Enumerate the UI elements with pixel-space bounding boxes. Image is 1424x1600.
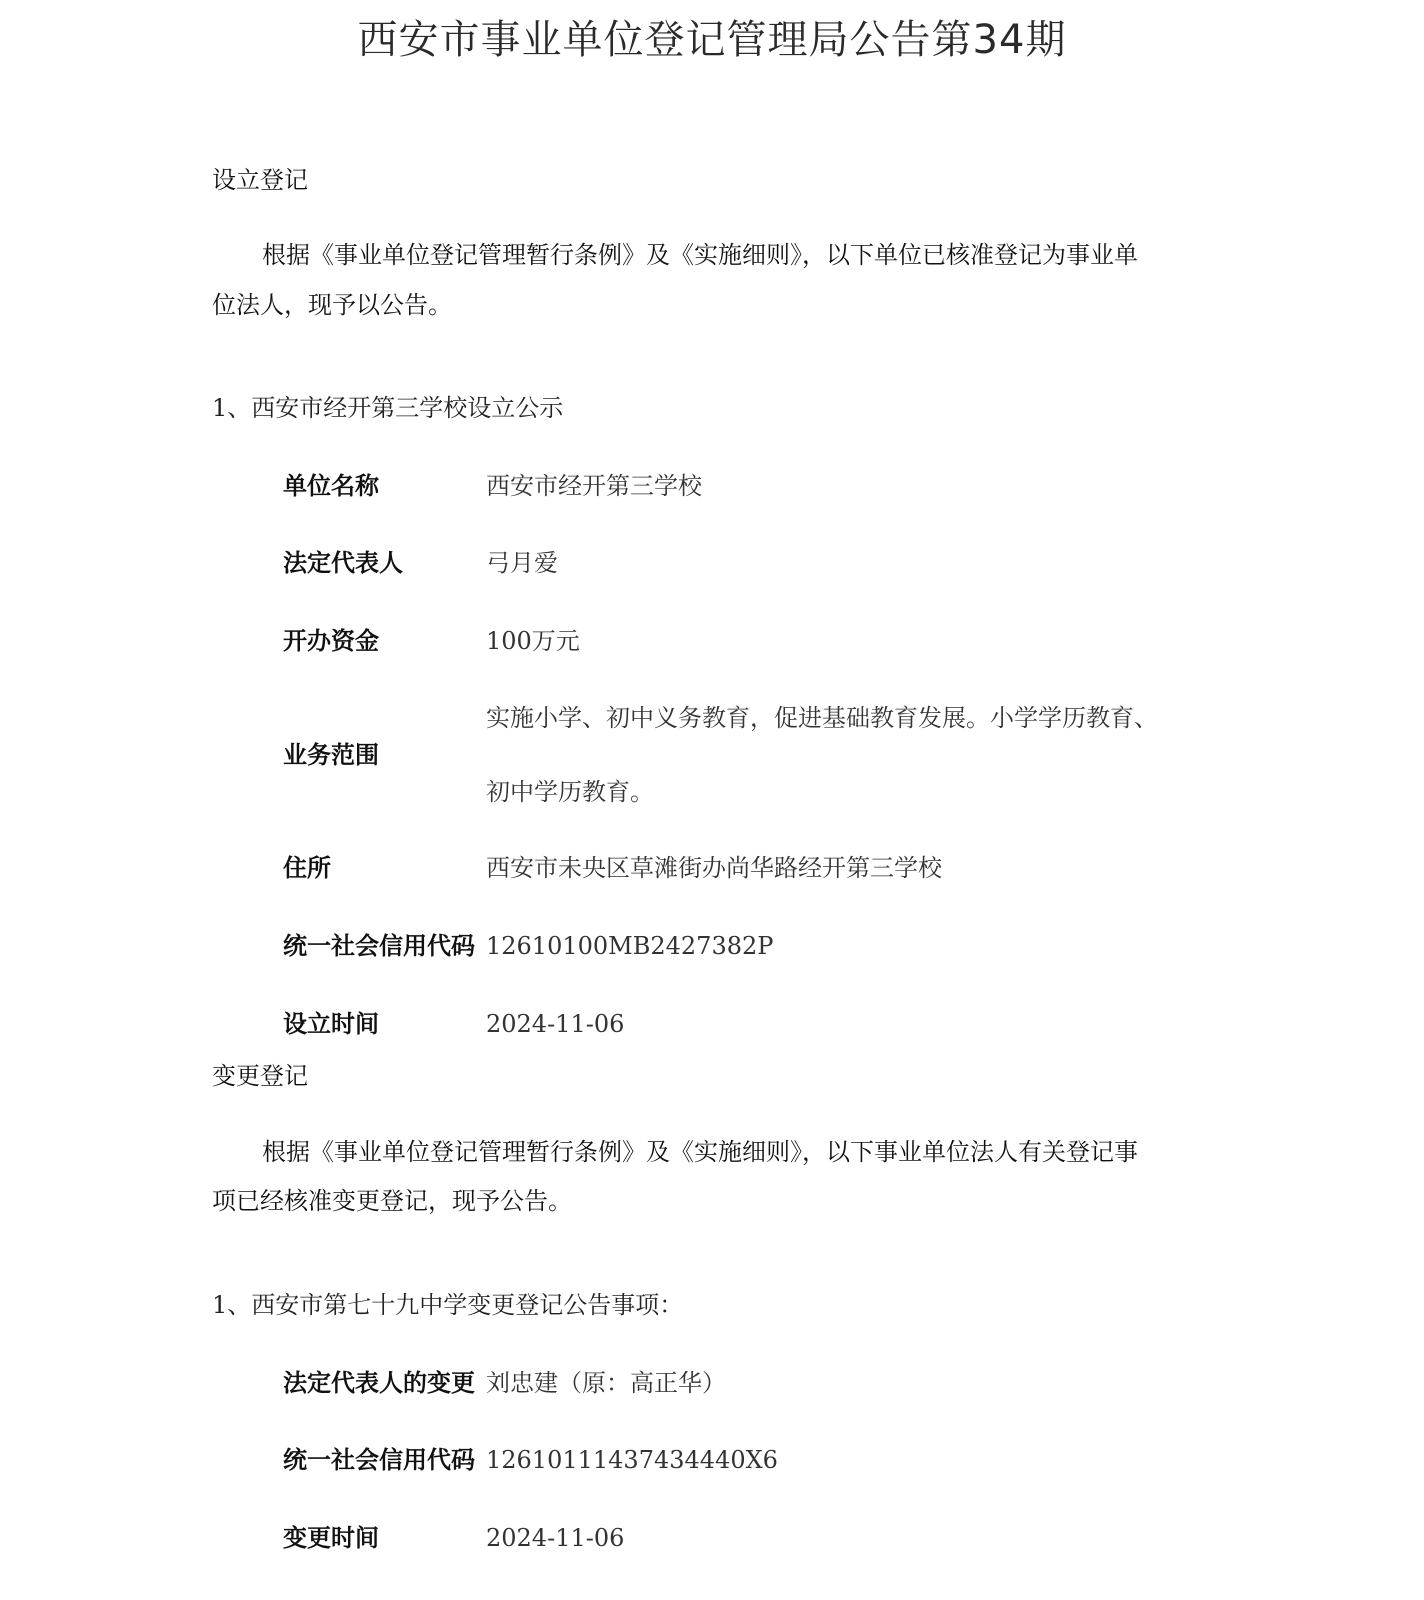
field-label: 单位名称 [283,474,379,498]
field-value: 2024-11-06 [486,1012,624,1036]
item-title: 1、西安市经开第三学校设立公示 [212,396,563,420]
field-value: 西安市未央区草滩街办尚华路经开第三学校 [486,856,942,880]
section-heading-change: 变更登记 [212,1064,308,1088]
field-label: 统一社会信用代码 [283,1448,475,1472]
field-value: 西安市经开第三学校 [486,474,702,498]
field-label: 统一社会信用代码 [283,934,475,958]
field-value: 初中学历教育。 [486,780,654,804]
field-value: 100万元 [486,629,580,653]
field-value: 弓月爱 [486,551,558,575]
field-label: 法定代表人 [283,551,403,575]
field-value: 2024-11-06 [486,1526,624,1550]
field-label: 设立时间 [283,1012,379,1036]
item-title: 1、西安市第七十九中学变更登记公告事项： [212,1293,683,1317]
field-value: 实施小学、初中义务教育，促进基础教育发展。小学学历教育、 [486,706,1158,730]
field-label: 变更时间 [283,1526,379,1550]
intro-paragraph-line: 项已经核准变更登记，现予公告。 [212,1189,572,1213]
intro-paragraph-line: 根据《事业单位登记管理暂行条例》及《实施细则》，以下事业单位法人有关登记事 [262,1140,1138,1164]
page-title: 西安市事业单位登记管理局公告第34期 [0,20,1424,60]
field-value: 12610111437434440X6 [486,1448,778,1472]
intro-paragraph-line: 位法人，现予以公告。 [212,293,452,317]
field-value: 12610100MB2427382P [486,934,773,958]
field-value: 刘忠建（原：高正华） [486,1371,726,1395]
field-label: 法定代表人的变更 [283,1371,475,1395]
field-label: 住所 [283,856,331,880]
intro-paragraph-line: 根据《事业单位登记管理暂行条例》及《实施细则》，以下单位已核准登记为事业单 [262,243,1138,267]
field-label: 业务范围 [283,743,379,767]
field-label: 开办资金 [283,629,379,653]
section-heading-establishment: 设立登记 [212,168,308,192]
